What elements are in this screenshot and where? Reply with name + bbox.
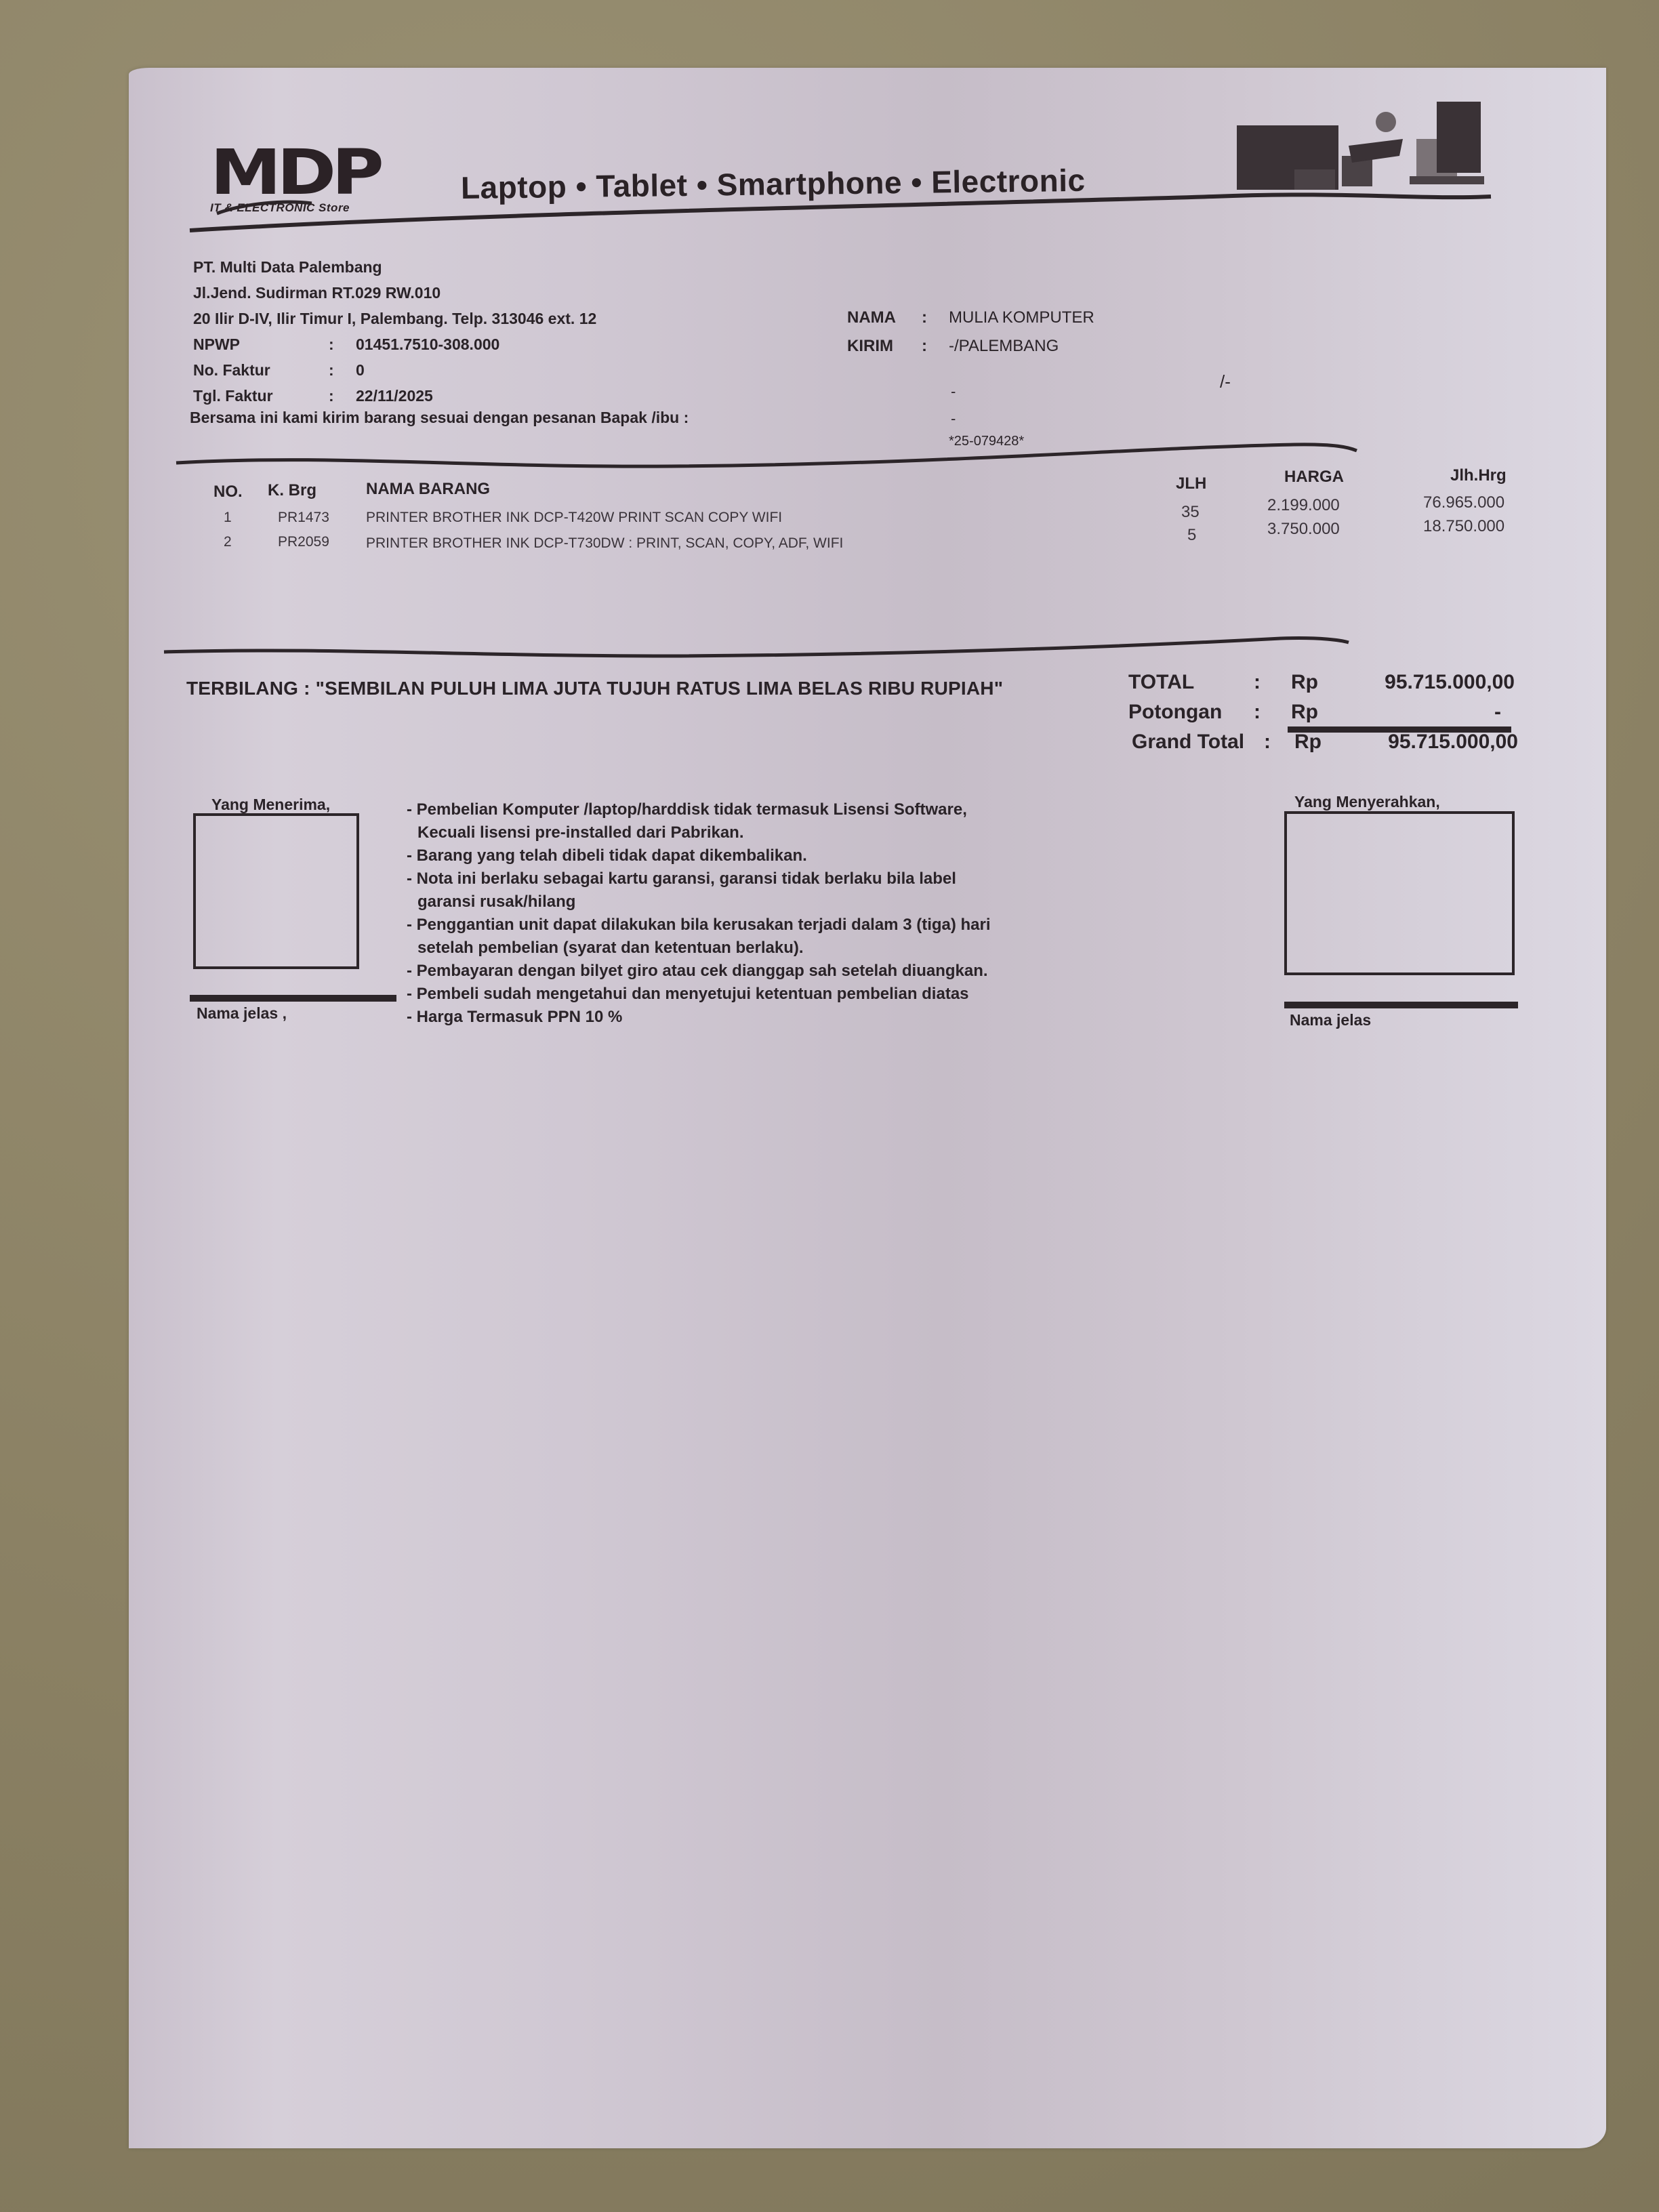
col-header-qty: JLH — [1176, 474, 1206, 493]
blank-dash-1: - — [951, 383, 956, 401]
customer-name-value: MULIA KOMPUTER — [949, 304, 1094, 332]
total-label: TOTAL — [1128, 671, 1254, 694]
invoice-date-label: Tgl. Faktur — [193, 383, 329, 409]
discount-label: Potongan — [1128, 701, 1254, 724]
invoice-number-label: No. Faktur — [193, 357, 329, 383]
grand-total-currency: Rp — [1294, 731, 1342, 754]
row-price: 3.750.000 — [1267, 520, 1340, 539]
total-row: TOTAL : Rp 95.715.000,00 — [1128, 668, 1518, 697]
customer-name-row: NAMA : MULIA KOMPUTER — [847, 304, 1094, 332]
row-price: 2.199.000 — [1267, 496, 1340, 515]
term-item: - Pembeli sudah mengetahui dan menyetuju… — [407, 983, 991, 1006]
invoice-paper: MDP IT & ELECTRONIC Store Laptop • Table… — [129, 68, 1606, 2148]
receiver-signature-line — [190, 995, 396, 1002]
term-item-cont: Kecuali lisensi pre-installed dari Pabri… — [407, 821, 991, 844]
receiver-label: Yang Menerima, — [211, 796, 330, 814]
row-no: 2 — [224, 534, 232, 550]
invoice-date-value: 22/11/2025 — [356, 383, 433, 409]
company-address-line1: Jl.Jend. Sudirman RT.029 RW.010 — [193, 280, 596, 306]
row-qty: 35 — [1181, 503, 1200, 522]
blank-dash-2: - — [951, 410, 956, 428]
sender-label: Yang Menyerahkan, — [1294, 793, 1440, 811]
term-item: - Pembelian Komputer /laptop/harddisk ti… — [407, 798, 991, 821]
amount-in-words: TERBILANG : "SEMBILAN PULUH LIMA JUTA TU… — [186, 678, 1003, 699]
col-header-name: NAMA BARANG — [366, 480, 490, 499]
slash-mark: /- — [1220, 371, 1231, 392]
receiver-signature-box — [193, 813, 359, 969]
npwp-value: 01451.7510-308.000 — [356, 331, 499, 357]
term-item-cont: setelah pembelian (syarat dan ketentuan … — [407, 937, 991, 960]
ship-to-value: -/PALEMBANG — [949, 332, 1059, 361]
tagline: Laptop • Tablet • Smartphone • Electroni… — [461, 162, 1086, 206]
terms-list: - Pembelian Komputer /laptop/harddisk ti… — [407, 798, 991, 1029]
term-item: - Nota ini berlaku sebagai kartu garansi… — [407, 867, 991, 890]
term-item: - Pembayaran dengan bilyet giro atau cek… — [407, 960, 991, 983]
intro-text: Bersama ini kami kirim barang sesuai den… — [190, 409, 689, 427]
total-value: 95.715.000,00 — [1338, 671, 1515, 694]
ship-to-label: KIRIM — [847, 332, 922, 361]
company-info: PT. Multi Data Palembang Jl.Jend. Sudirm… — [193, 254, 596, 409]
discount-currency: Rp — [1291, 701, 1338, 724]
invoice-number-value: 0 — [356, 357, 365, 383]
logo-main-text: MDP — [210, 146, 459, 200]
invoice-date-row: Tgl. Faktur : 22/11/2025 — [193, 383, 596, 409]
col-header-price: HARGA — [1284, 468, 1344, 487]
store-logo: MDP IT & ELECTRONIC Store — [210, 146, 427, 213]
reference-code: *25-079428* — [949, 434, 1024, 449]
col-header-amount: Jlh.Hrg — [1450, 466, 1507, 485]
discount-row: Potongan : Rp - — [1128, 697, 1518, 727]
total-currency: Rp — [1291, 671, 1338, 694]
row-code: PR2059 — [278, 534, 329, 550]
customer-info: NAMA : MULIA KOMPUTER KIRIM : -/PALEMBAN… — [847, 304, 1094, 361]
totals-block: TOTAL : Rp 95.715.000,00 Potongan : Rp -… — [1128, 668, 1518, 757]
discount-value: - — [1338, 701, 1501, 724]
term-item: - Harga Termasuk PPN 10 % — [407, 1006, 991, 1029]
grand-total-value: 95.715.000,00 — [1342, 731, 1518, 754]
invoice-number-row: No. Faktur : 0 — [193, 357, 596, 383]
npwp-label: NPWP — [193, 331, 329, 357]
sender-signature-line — [1284, 1002, 1518, 1008]
row-qty: 5 — [1187, 526, 1196, 545]
electronics-products-icon — [1233, 98, 1498, 197]
grand-total-divider — [1288, 726, 1511, 733]
customer-name-label: NAMA — [847, 304, 922, 332]
npwp-row: NPWP : 01451.7510-308.000 — [193, 331, 596, 357]
sender-name-label: Nama jelas — [1290, 1011, 1371, 1029]
row-name: PRINTER BROTHER INK DCP-T730DW : PRINT, … — [366, 535, 843, 552]
ship-to-row: KIRIM : -/PALEMBANG — [847, 332, 1094, 361]
sender-signature-box — [1284, 811, 1515, 975]
row-amount: 76.965.000 — [1423, 493, 1504, 512]
company-name: PT. Multi Data Palembang — [193, 254, 596, 280]
row-no: 1 — [224, 510, 232, 526]
col-header-no: NO. — [213, 483, 243, 501]
receiver-name-label: Nama jelas , — [197, 1004, 287, 1023]
col-header-code: K. Brg — [268, 481, 316, 500]
term-item-cont: garansi rusak/hilang — [407, 890, 991, 914]
grand-total-label: Grand Total — [1132, 731, 1264, 754]
row-amount: 18.750.000 — [1423, 517, 1504, 536]
row-name: PRINTER BROTHER INK DCP-T420W PRINT SCAN… — [366, 510, 782, 526]
term-item: - Penggantian unit dapat dilakukan bila … — [407, 914, 991, 937]
row-code: PR1473 — [278, 510, 329, 526]
company-address-line2: 20 Ilir D-IV, Ilir Timur I, Palembang. T… — [193, 306, 596, 331]
term-item: - Barang yang telah dibeli tidak dapat d… — [407, 844, 991, 867]
